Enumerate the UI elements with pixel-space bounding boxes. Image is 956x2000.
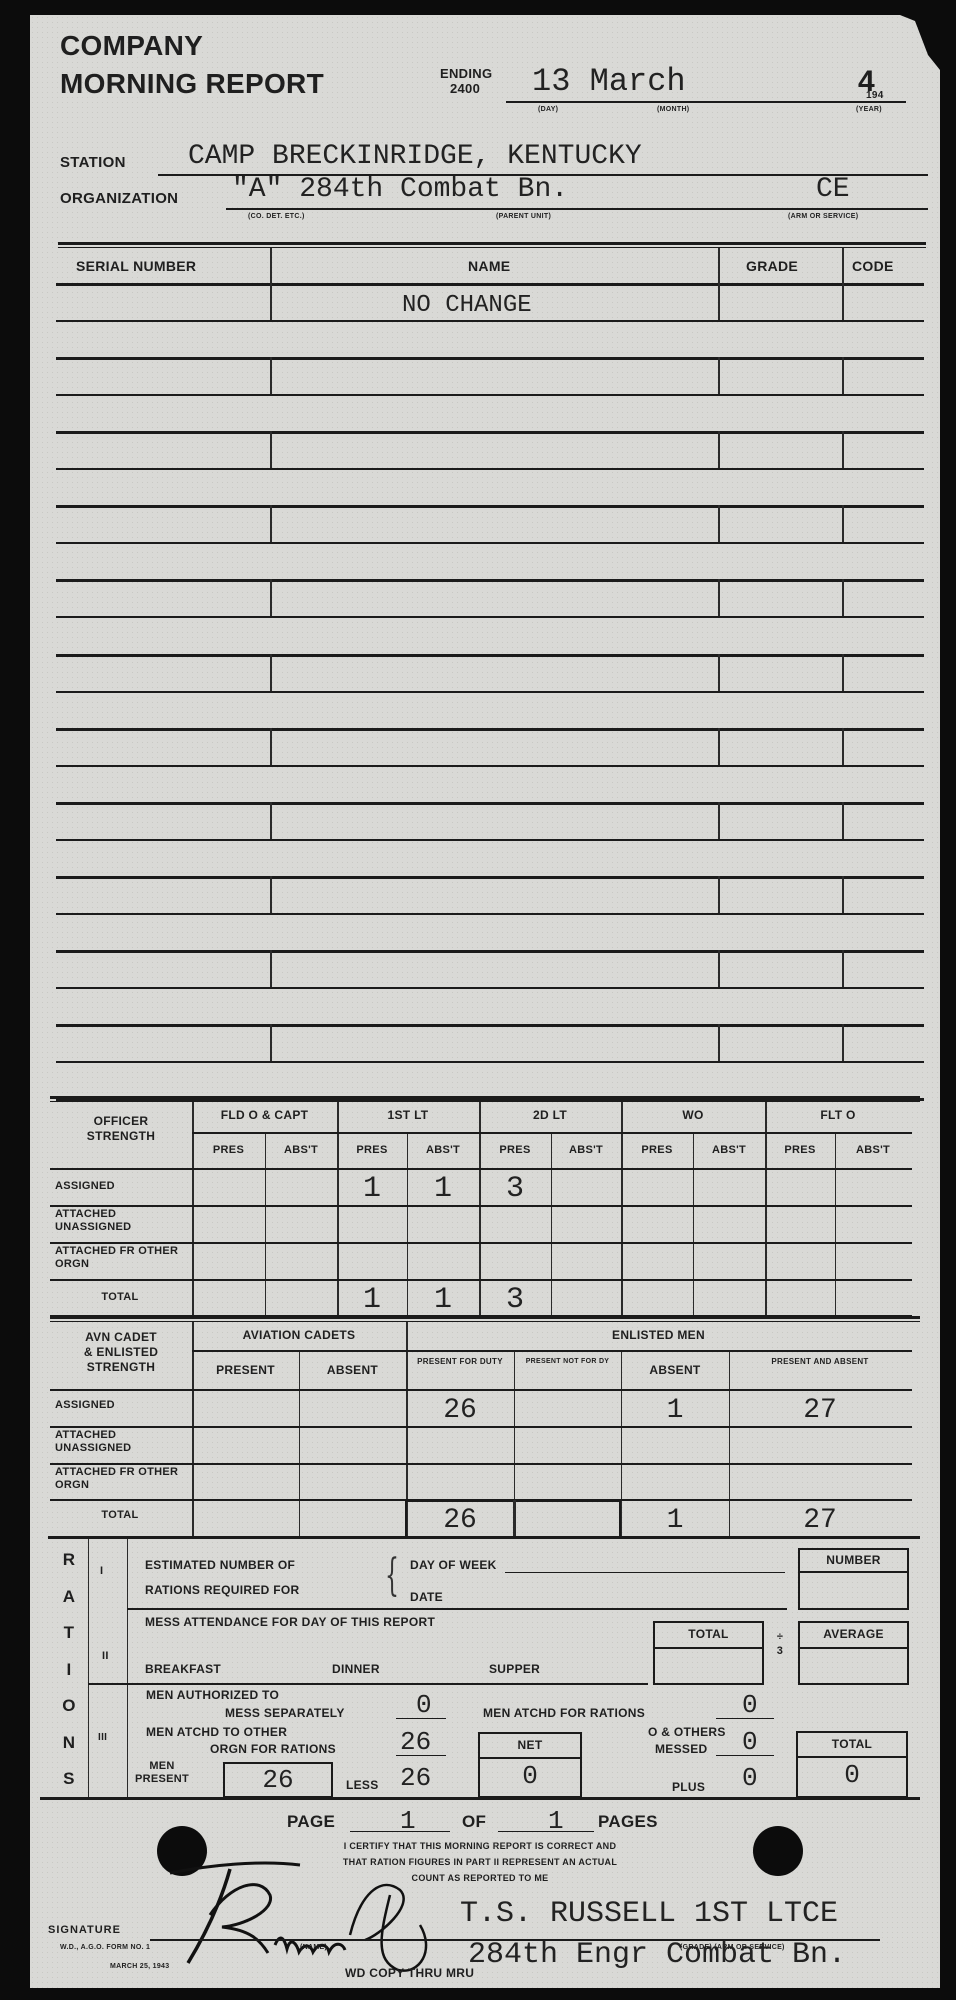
enlisted-subcol-header: ABSENT (625, 1364, 725, 1376)
roster-column-divider (842, 1024, 844, 1061)
arm-service-caption: (ARM OR SERVICE) (788, 213, 858, 220)
men-present-label: MEN PRESENT (132, 1760, 192, 1786)
officer-top-border-inner (50, 1101, 920, 1102)
officer-cell[interactable]: 3 (479, 1283, 551, 1317)
rations-total-box[interactable]: TOTAL 0 (796, 1731, 908, 1798)
roster-column-divider (718, 431, 720, 468)
officer-header-split (192, 1132, 912, 1134)
roster-column-divider (270, 283, 272, 320)
brace-icon: { (385, 1552, 399, 1600)
roster-column-divider (270, 505, 272, 542)
date-underline (506, 101, 864, 103)
rations-letter: R (52, 1550, 86, 1570)
certify-line-1: I CERTIFY THAT THIS MORNING REPORT IS CO… (240, 1838, 720, 1854)
enlisted-column-divider (299, 1350, 300, 1536)
roster-divider (270, 248, 272, 283)
roster-column-divider (270, 876, 272, 913)
roster-divider (842, 248, 844, 283)
name-caption: (NAME) (300, 1944, 327, 1951)
officer-subcolumn-divider (551, 1132, 552, 1315)
roster-row-line (56, 505, 924, 508)
officer-cell[interactable]: 3 (479, 1172, 551, 1206)
roster-column-divider (842, 431, 844, 468)
report-date-value: 13 March (532, 64, 686, 100)
officer-group-header: 1ST LT (337, 1108, 479, 1122)
day-caption: (DAY) (538, 106, 558, 113)
rations-letter: O (52, 1696, 86, 1716)
roster-column-divider (270, 654, 272, 691)
enlisted-row-label: ATTACHED UNASSIGNED (55, 1429, 185, 1455)
signer-typed-name: T.S. RUSSELL 1ST LTCE (460, 1897, 838, 1931)
arm-service-value: CE (816, 175, 850, 205)
mess-attendance-title: MESS ATTENDANCE FOR DAY OF THIS REPORT (145, 1615, 435, 1629)
net-label: NET (480, 1734, 580, 1759)
pages-label: PAGES (598, 1812, 658, 1832)
officer-group-header: FLD O & CAPT (192, 1108, 337, 1122)
roster-column-divider (718, 654, 720, 691)
section-3-numeral: III (98, 1732, 107, 1743)
enlisted-subcol-header: PRESENT FOR DUTY (410, 1356, 510, 1368)
roster-row-line (56, 394, 924, 396)
roster-column-divider (270, 1024, 272, 1061)
average-box[interactable]: AVERAGE (798, 1621, 909, 1685)
roster-row-line (56, 876, 924, 879)
roster-column-divider (718, 728, 720, 765)
roster-column-divider (718, 579, 720, 616)
officer-group-header: FLT O (765, 1108, 911, 1122)
roster-column-divider (842, 357, 844, 394)
roster-row-line (56, 357, 924, 360)
section-1-line1: ESTIMATED NUMBER OF (145, 1558, 295, 1572)
roster-row-line (56, 283, 924, 286)
section-1-numeral: I (100, 1565, 103, 1577)
officer-subcol-header: ABS'T (265, 1144, 337, 1156)
officer-group-header: 2D LT (479, 1108, 621, 1122)
station-label: STATION (60, 154, 126, 171)
enlisted-cell[interactable]: 1 (621, 1505, 729, 1537)
less-value: 26 (400, 1763, 431, 1793)
men-authorized-label-2: MESS SEPARATELY (225, 1706, 345, 1720)
year-caption: (YEAR) (856, 106, 882, 113)
officer-row-label: ATTACHED FR OTHER ORGN (55, 1245, 185, 1271)
rations-letter: N (52, 1733, 86, 1753)
men-present-value: 26 (225, 1764, 331, 1796)
enlisted-men-header: ENLISTED MEN (406, 1328, 911, 1342)
enlisted-title-line1: AVN CADET (52, 1330, 190, 1345)
col-code: CODE (852, 258, 894, 274)
parent-unit-caption: (PARENT UNIT) (496, 213, 551, 220)
average-label: AVERAGE (800, 1623, 907, 1649)
enlisted-title-line2: & ENLISTED (52, 1345, 190, 1360)
men-present-label-2: PRESENT (132, 1773, 192, 1786)
officer-subcol-header: ABS'T (407, 1144, 479, 1156)
enlisted-top-border-inner (50, 1321, 920, 1322)
form-date: MARCH 25, 1943 (110, 1963, 169, 1970)
officer-cell[interactable]: 1 (407, 1172, 479, 1206)
officer-subcol-header: PRES (765, 1144, 835, 1156)
roster-row-line (56, 579, 924, 582)
officer-subcolumn-divider (835, 1132, 836, 1315)
number-label: NUMBER (800, 1550, 907, 1573)
section-1-line2: RATIONS REQUIRED FOR (145, 1583, 299, 1597)
roster-row-line (56, 728, 924, 731)
ending-label: ENDING (440, 67, 492, 81)
officer-strength-title: OFFICER STRENGTH (52, 1114, 190, 1144)
enlisted-row-line (50, 1463, 912, 1465)
enlisted-cell[interactable]: 27 (729, 1395, 911, 1427)
roster-row-line (56, 802, 924, 805)
enlisted-title-line3: STRENGTH (52, 1360, 190, 1375)
enlisted-top-border (50, 1316, 920, 1319)
supper-label: SUPPER (489, 1662, 540, 1676)
organization-label: ORGANIZATION (60, 190, 178, 207)
roster-column-divider (718, 505, 720, 542)
roster-row-line (56, 1061, 924, 1063)
roster-top-border-inner (58, 247, 926, 248)
col-serial-number: SERIAL NUMBER (76, 258, 196, 274)
station-value: CAMP BRECKINRIDGE, KENTUCKY (188, 142, 642, 172)
men-present-box[interactable]: 26 (223, 1762, 333, 1798)
officer-row-label: TOTAL (55, 1291, 185, 1304)
men-atchd-other-label-2: ORGN FOR RATIONS (210, 1742, 336, 1756)
day-of-week-label: DAY OF WEEK (410, 1558, 497, 1572)
officer-group-header: WO (621, 1108, 765, 1122)
total-present-box-divider (513, 1500, 516, 1538)
officer-cell[interactable]: 1 (407, 1283, 479, 1317)
roster-row-line (56, 616, 924, 618)
officer-subcol-header: PRES (479, 1144, 551, 1156)
roster-column-divider (718, 357, 720, 394)
rations-top-border (48, 1536, 920, 1539)
officer-column-divider (192, 1102, 194, 1315)
enlisted-row-line (50, 1389, 912, 1391)
value-underline (396, 1718, 446, 1719)
officer-subcol-header: PRES (621, 1144, 693, 1156)
of-label: OF (462, 1812, 486, 1832)
roster-column-divider (718, 283, 720, 320)
officer-subcol-header: ABS'T (551, 1144, 621, 1156)
wd-copy-note: WD COPY THRU MRU (345, 1966, 474, 1980)
page-underline (350, 1831, 450, 1832)
form-title-company: COMPANY (60, 30, 203, 62)
rations-total-value: 0 (798, 1758, 906, 1792)
officer-row-line (50, 1279, 912, 1281)
others-label-1: O & OTHERS (648, 1725, 726, 1739)
organization-underline (226, 208, 928, 210)
officer-top-border (50, 1096, 920, 1099)
enlisted-subcol-header: ABSENT (303, 1364, 402, 1376)
roster-row-line (56, 839, 924, 841)
roster-column-divider (270, 950, 272, 987)
roster-top-border (58, 242, 926, 245)
roster-row-line (56, 320, 924, 322)
value-underline (716, 1755, 774, 1756)
number-box[interactable]: NUMBER (798, 1548, 909, 1610)
signature-label: SIGNATURE (48, 1924, 121, 1936)
officer-title-line1: OFFICER (52, 1114, 190, 1129)
roster-row-line (56, 468, 924, 470)
rations-divider (127, 1539, 128, 1797)
roster-column-divider (718, 1024, 720, 1061)
unit-typed: 284th Engr Combat Bn. (468, 1938, 846, 1972)
rations-letter: S (52, 1769, 86, 1789)
men-authorized-label-1: MEN AUTHORIZED TO (146, 1688, 279, 1702)
organization-value: "A" 284th Combat Bn. (232, 175, 568, 205)
roster-column-divider (842, 654, 844, 691)
officer-subcol-header: ABS'T (693, 1144, 765, 1156)
section-divider (127, 1608, 787, 1610)
roster-column-divider (270, 431, 272, 468)
enlisted-strength-title: AVN CADET & ENLISTED STRENGTH (52, 1330, 190, 1375)
men-atchd-rations-label: MEN ATCHD FOR RATIONS (483, 1706, 645, 1720)
rations-total-label: TOTAL (798, 1733, 906, 1758)
section-2-numeral: II (102, 1650, 109, 1662)
enlisted-subcol-header: PRESENT (196, 1364, 295, 1376)
roster-row-line (56, 950, 924, 953)
men-atchd-other-value: 26 (400, 1727, 431, 1757)
rations-letter: A (52, 1587, 86, 1607)
roster-row-line (56, 765, 924, 767)
roster-row-line (56, 654, 924, 657)
officer-column-divider (621, 1102, 623, 1315)
officer-row-line (50, 1242, 912, 1244)
roster-row-line (56, 431, 924, 434)
roster-column-divider (270, 357, 272, 394)
plus-label: PLUS (672, 1780, 705, 1794)
rations-bottom-border (40, 1797, 920, 1800)
breakfast-label: BREAKFAST (145, 1662, 221, 1676)
roster-entry-no-change: NO CHANGE (402, 292, 532, 319)
value-underline (716, 1718, 774, 1719)
enlisted-subcol-header: PRESENT AND ABSENT (733, 1356, 907, 1368)
date-label: DATE (410, 1590, 443, 1604)
officer-subcol-header: PRES (192, 1144, 265, 1156)
roster-column-divider (718, 802, 720, 839)
divide-by-three: ÷ 3 (772, 1630, 788, 1658)
page-label: PAGE (287, 1812, 335, 1832)
roster-column-divider (270, 579, 272, 616)
total-box[interactable]: TOTAL (653, 1621, 764, 1685)
officer-subcolumn-divider (693, 1132, 694, 1315)
officer-cell[interactable]: 1 (337, 1172, 407, 1206)
roster-column-divider (842, 505, 844, 542)
form-number: W.D., A.G.O. FORM NO. 1 (60, 1944, 150, 1951)
enlisted-row-label: ATTACHED FR OTHER ORGN (55, 1466, 185, 1492)
officer-column-divider (765, 1102, 767, 1315)
officer-subcolumn-divider (265, 1132, 266, 1315)
co-det-caption: (CO. DET. ETC.) (248, 213, 305, 220)
men-present-label-1: MEN (132, 1760, 192, 1773)
roster-column-divider (842, 283, 844, 320)
roster-column-divider (842, 876, 844, 913)
roster-divider (718, 248, 720, 283)
officer-cell[interactable]: 1 (337, 1283, 407, 1317)
enlisted-cell[interactable]: 27 (729, 1505, 911, 1537)
handwritten-signature-icon (150, 1855, 440, 1975)
less-label: LESS (346, 1778, 379, 1792)
binder-hole-right (753, 1826, 803, 1876)
rations-letter: T (52, 1623, 86, 1643)
enlisted-cell[interactable]: 26 (406, 1395, 514, 1427)
enlisted-row-label: TOTAL (55, 1509, 185, 1522)
officer-row-label: ATTACHED UNASSIGNED (55, 1208, 185, 1234)
men-atchd-other-label-1: MEN ATCHD TO OTHER (146, 1725, 287, 1739)
officer-row-line (50, 1168, 912, 1170)
men-authorized-value: 0 (416, 1690, 432, 1720)
plus-value: 0 (742, 1763, 758, 1793)
roster-row-line (56, 542, 924, 544)
col-grade: GRADE (746, 258, 798, 274)
roster-column-divider (270, 802, 272, 839)
roster-column-divider (718, 950, 720, 987)
roster-row-line (56, 1024, 924, 1027)
men-atchd-rations-value: 0 (742, 1690, 758, 1720)
roster-column-divider (842, 802, 844, 839)
roster-column-divider (842, 579, 844, 616)
roster-column-divider (718, 876, 720, 913)
roster-row-line (56, 987, 924, 989)
month-caption: (MONTH) (657, 106, 689, 113)
year-underline (850, 101, 906, 103)
officer-subcol-header: ABS'T (835, 1144, 911, 1156)
enlisted-header-split (192, 1350, 912, 1352)
others-label-2: MESSED (655, 1742, 707, 1756)
dinner-label: DINNER (332, 1662, 380, 1676)
roster-column-divider (842, 950, 844, 987)
enlisted-cell[interactable]: 1 (621, 1395, 729, 1427)
total-label: TOTAL (655, 1623, 762, 1649)
others-messed-value: 0 (742, 1727, 758, 1757)
rations-letter: I (52, 1660, 86, 1680)
officer-title-line2: STRENGTH (52, 1129, 190, 1144)
form-title-morning-report: MORNING REPORT (60, 68, 324, 100)
net-value: 0 (480, 1759, 580, 1793)
enlisted-row-label: ASSIGNED (55, 1399, 185, 1412)
officer-row-label: ASSIGNED (55, 1180, 185, 1193)
day-of-week-line[interactable] (505, 1572, 785, 1573)
section-divider (88, 1683, 648, 1685)
value-underline (396, 1755, 446, 1756)
net-box[interactable]: NET 0 (478, 1732, 582, 1798)
col-name: NAME (468, 258, 510, 274)
rations-divider (88, 1539, 89, 1797)
enlisted-column-divider (192, 1322, 194, 1536)
enlisted-subcol-header: PRESENT NOT FOR DY (518, 1356, 617, 1368)
officer-subcol-header: PRES (337, 1144, 407, 1156)
year-value: 4 (858, 65, 875, 99)
roster-row-line (56, 913, 924, 915)
aviation-cadets-header: AVIATION CADETS (192, 1328, 406, 1342)
ending-time-label: 2400 (450, 82, 480, 96)
roster-row-line (56, 691, 924, 693)
roster-column-divider (270, 728, 272, 765)
pages-underline (498, 1831, 594, 1832)
roster-column-divider (842, 728, 844, 765)
